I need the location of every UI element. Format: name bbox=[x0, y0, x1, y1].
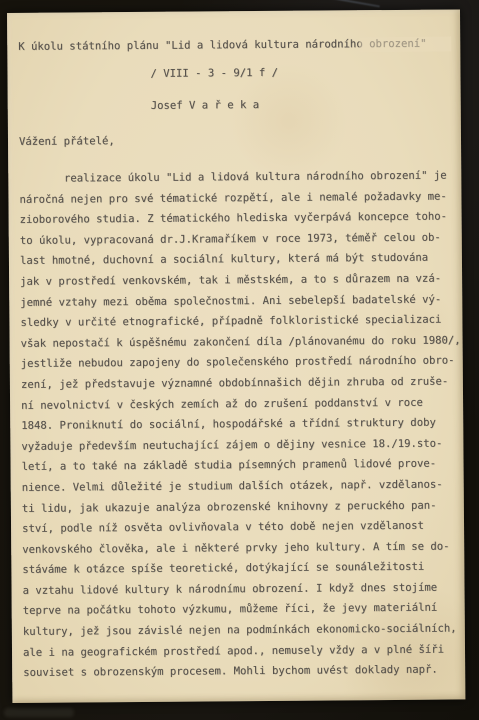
body-text: realizace úkolu "Lid a lidová kultura ná… bbox=[19, 165, 463, 683]
text-line: zení, jež představuje významné obdobínna… bbox=[21, 371, 461, 395]
scan-smudge-artifact bbox=[4, 708, 74, 717]
document-title: K úkolu státního plánu "Lid a lidová kul… bbox=[18, 38, 426, 53]
scanned-page-background: K úkolu státního plánu "Lid a lidová kul… bbox=[0, 0, 479, 720]
text-line: realizace úkolu "Lid a lidová kultura ná… bbox=[19, 165, 459, 189]
author-name: Josef V a ř e k a bbox=[151, 99, 260, 112]
text-line: souviset s obrozenským procesem. Mohli b… bbox=[23, 660, 463, 684]
text-line: jak v prostředí venkovském, tak i městsk… bbox=[20, 268, 460, 292]
salutation: Vážení přátelé, bbox=[19, 135, 115, 148]
text-line: nience. Velmi důležité je studium dalšíc… bbox=[22, 474, 462, 498]
document-reference-number: / VIII - 3 - 9/1 f / bbox=[150, 67, 278, 80]
scan-scratch-artifact bbox=[328, 0, 380, 7]
document-page: K úkolu státního plánu "Lid a lidová kul… bbox=[7, 9, 465, 703]
